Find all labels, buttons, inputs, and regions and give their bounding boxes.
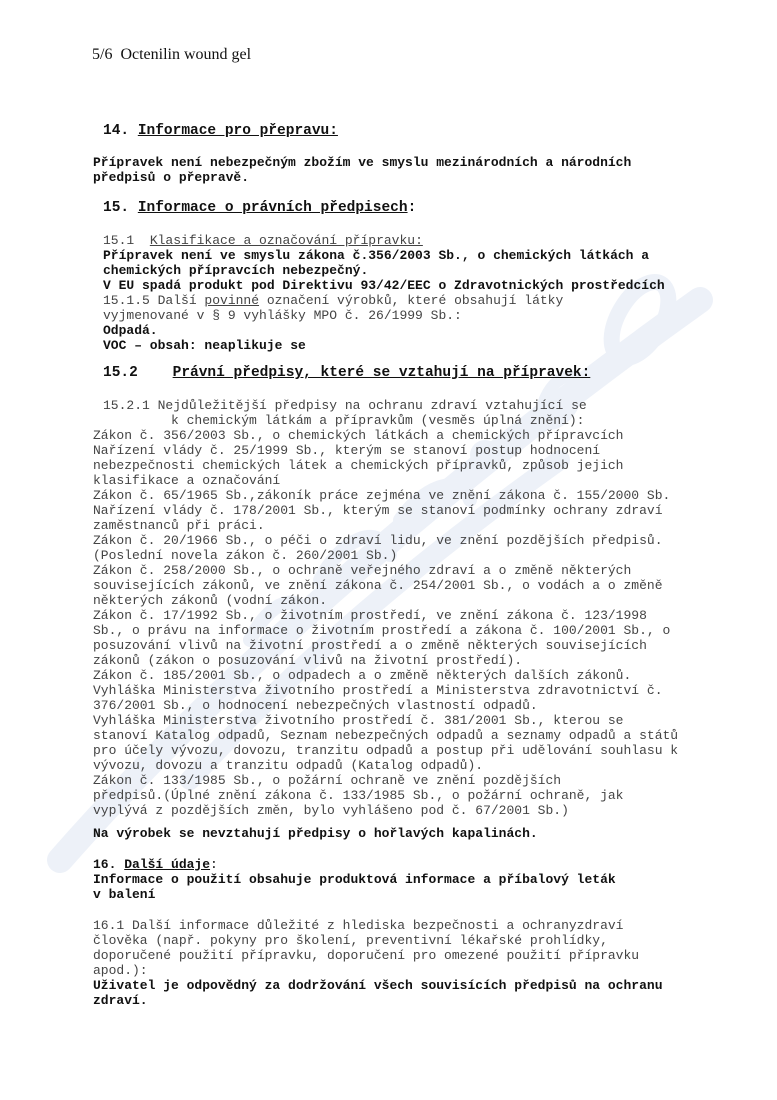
s151-bold-3: V EU spadá produkt pod Direktivu 93/42/E…: [103, 278, 665, 293]
s151-bold-1: Přípravek není ve smyslu zákona č.356/20…: [103, 248, 649, 263]
law-line: Nařízení vlády č. 25/1999 Sb., kterým se…: [93, 443, 600, 458]
s161-line-4: apod.):: [93, 963, 148, 978]
law-line: Zákon č. 20/1966 Sb., o péči o zdraví li…: [93, 533, 663, 548]
subsection-15-2-heading: 15.2 Právní předpisy, které se vztahují …: [103, 366, 590, 381]
text-prefix: 15.1.5 Další: [103, 293, 204, 308]
law-line: Zákon č. 17/1992 Sb., o životním prostře…: [93, 608, 647, 623]
s1515-bold-2: VOC – obsah: neaplikuje se: [103, 338, 306, 353]
law-line: zákonů (zákon o posuzování vlivů na živo…: [93, 653, 522, 668]
section-title: Informace pro přepravu:: [138, 123, 338, 139]
s16-bold-2: v balení: [93, 887, 155, 902]
subsection-title: Právní předpisy, které se vztahují na př…: [173, 365, 591, 381]
flammable-note: Na výrobek se nevztahují předpisy o hořl…: [93, 826, 538, 841]
section-16-heading: 16. Další údaje:: [93, 857, 218, 872]
law-line: Zákon č. 185/2001 Sb., o odpadech a o zm…: [93, 668, 631, 683]
section-14-text-1: Přípravek není nebezpečným zbožím ve smy…: [93, 155, 631, 170]
law-line: Nařízení vlády č. 178/2001 Sb., kterým s…: [93, 503, 663, 518]
law-line: klasifikace a označování: [93, 473, 280, 488]
s1515-bold-1: Odpadá.: [103, 323, 158, 338]
law-line: Zákon č. 258/2000 Sb., o ochraně veřejné…: [93, 563, 631, 578]
s1521-intro-2: k chemickým látkám a přípravkům (vesměs …: [171, 413, 584, 428]
product-name: Octenilin wound gel: [120, 46, 251, 63]
law-line: Zákon č. 356/2003 Sb., o chemických látk…: [93, 428, 624, 443]
section-14-heading: 14. Informace pro přepravu:: [103, 124, 338, 139]
page-number: 5/6: [92, 46, 112, 63]
law-line: předpisů.(Úplné znění zákona č. 133/1985…: [93, 788, 624, 803]
law-line: vyplývá z pozdějších změn, bylo vyhlášen…: [93, 803, 569, 818]
law-line: zaměstnanců při práci.: [93, 518, 265, 533]
title-suffix: :: [210, 857, 218, 872]
s151-bold-2: chemických přípravcích nebezpečný.: [103, 263, 368, 278]
law-line: některých zákonů (vodní zákon.: [93, 593, 327, 608]
law-line: stanoví Katalog odpadů, Seznam nebezpečn…: [93, 728, 678, 743]
page-header: 5/6 Octenilin wound gel: [92, 46, 251, 64]
s1521-intro-1: 15.2.1 Nejdůležitější předpisy na ochran…: [103, 398, 587, 413]
law-line: vývozu, dovozu a tranzitu odpadů (Katalo…: [93, 758, 483, 773]
s161-line-3: doporučené použití přípravku, doporučení…: [93, 948, 639, 963]
section-14-text-2: předpisů o přepravě.: [93, 170, 249, 185]
law-line: souvisejících zákonů, ve znění zákona č.…: [93, 578, 663, 593]
section-title: Informace o právních předpisech: [138, 200, 408, 216]
law-line: Zákon č. 65/1965 Sb.,zákoník práce zejmé…: [93, 488, 670, 503]
law-line: (Poslední novela zákon č. 260/2001 Sb.): [93, 548, 397, 563]
s161-line-1: 16.1 Další informace důležité z hlediska…: [93, 918, 624, 933]
section-number: 15.: [103, 200, 129, 216]
law-line: Vyhláška Ministerstva životního prostřed…: [93, 713, 624, 728]
law-line: 376/2001 Sb., o hodnocení nebezpečných v…: [93, 698, 538, 713]
section-number: 14.: [103, 123, 129, 139]
s16-bold-1: Informace o použití obsahuje produktová …: [93, 872, 616, 887]
final-bold-2: zdraví.: [93, 993, 148, 1008]
final-bold-1: Uživatel je odpovědný za dodržování všec…: [93, 978, 663, 993]
law-line: posuzování vlivů na životní prostředí a …: [93, 638, 647, 653]
section-15-heading: 15. Informace o právních předpisech:: [103, 201, 416, 216]
law-line: Zákon č. 133/1985 Sb., o požární ochraně…: [93, 773, 561, 788]
law-line: nebezpečnosti chemických látek a chemick…: [93, 458, 624, 473]
subsection-15-1-5: 15.1.5 Další povinné označení výrobků, k…: [103, 293, 563, 308]
law-line: Vyhláška Ministerstva životního prostřed…: [93, 683, 663, 698]
s1515-line-2: vyjmenované v § 9 vyhlášky MPO č. 26/199…: [103, 308, 462, 323]
subsection-number: 15.1: [103, 233, 134, 248]
section-title: Další údaje: [124, 857, 210, 872]
title-suffix: :: [408, 200, 417, 216]
law-line: Sb., o právu na informace o životním pro…: [93, 623, 670, 638]
law-line: pro účely vývozu, dovozu, tranzitu odpad…: [93, 743, 678, 758]
document-page: 5/6 Octenilin wound gel 14. Informace pr…: [0, 0, 777, 1100]
subsection-title: Klasifikace a označování přípravku:: [150, 233, 423, 248]
text-suffix: označení výrobků, které obsahují látky: [259, 293, 563, 308]
s161-line-2: člověka (např. pokyny pro školení, preve…: [93, 933, 608, 948]
text-underlined: povinné: [204, 293, 259, 308]
subsection-15-1-heading: 15.1 Klasifikace a označování přípravku:: [103, 233, 423, 248]
subsection-number: 15.2: [103, 365, 138, 381]
section-number: 16.: [93, 857, 116, 872]
